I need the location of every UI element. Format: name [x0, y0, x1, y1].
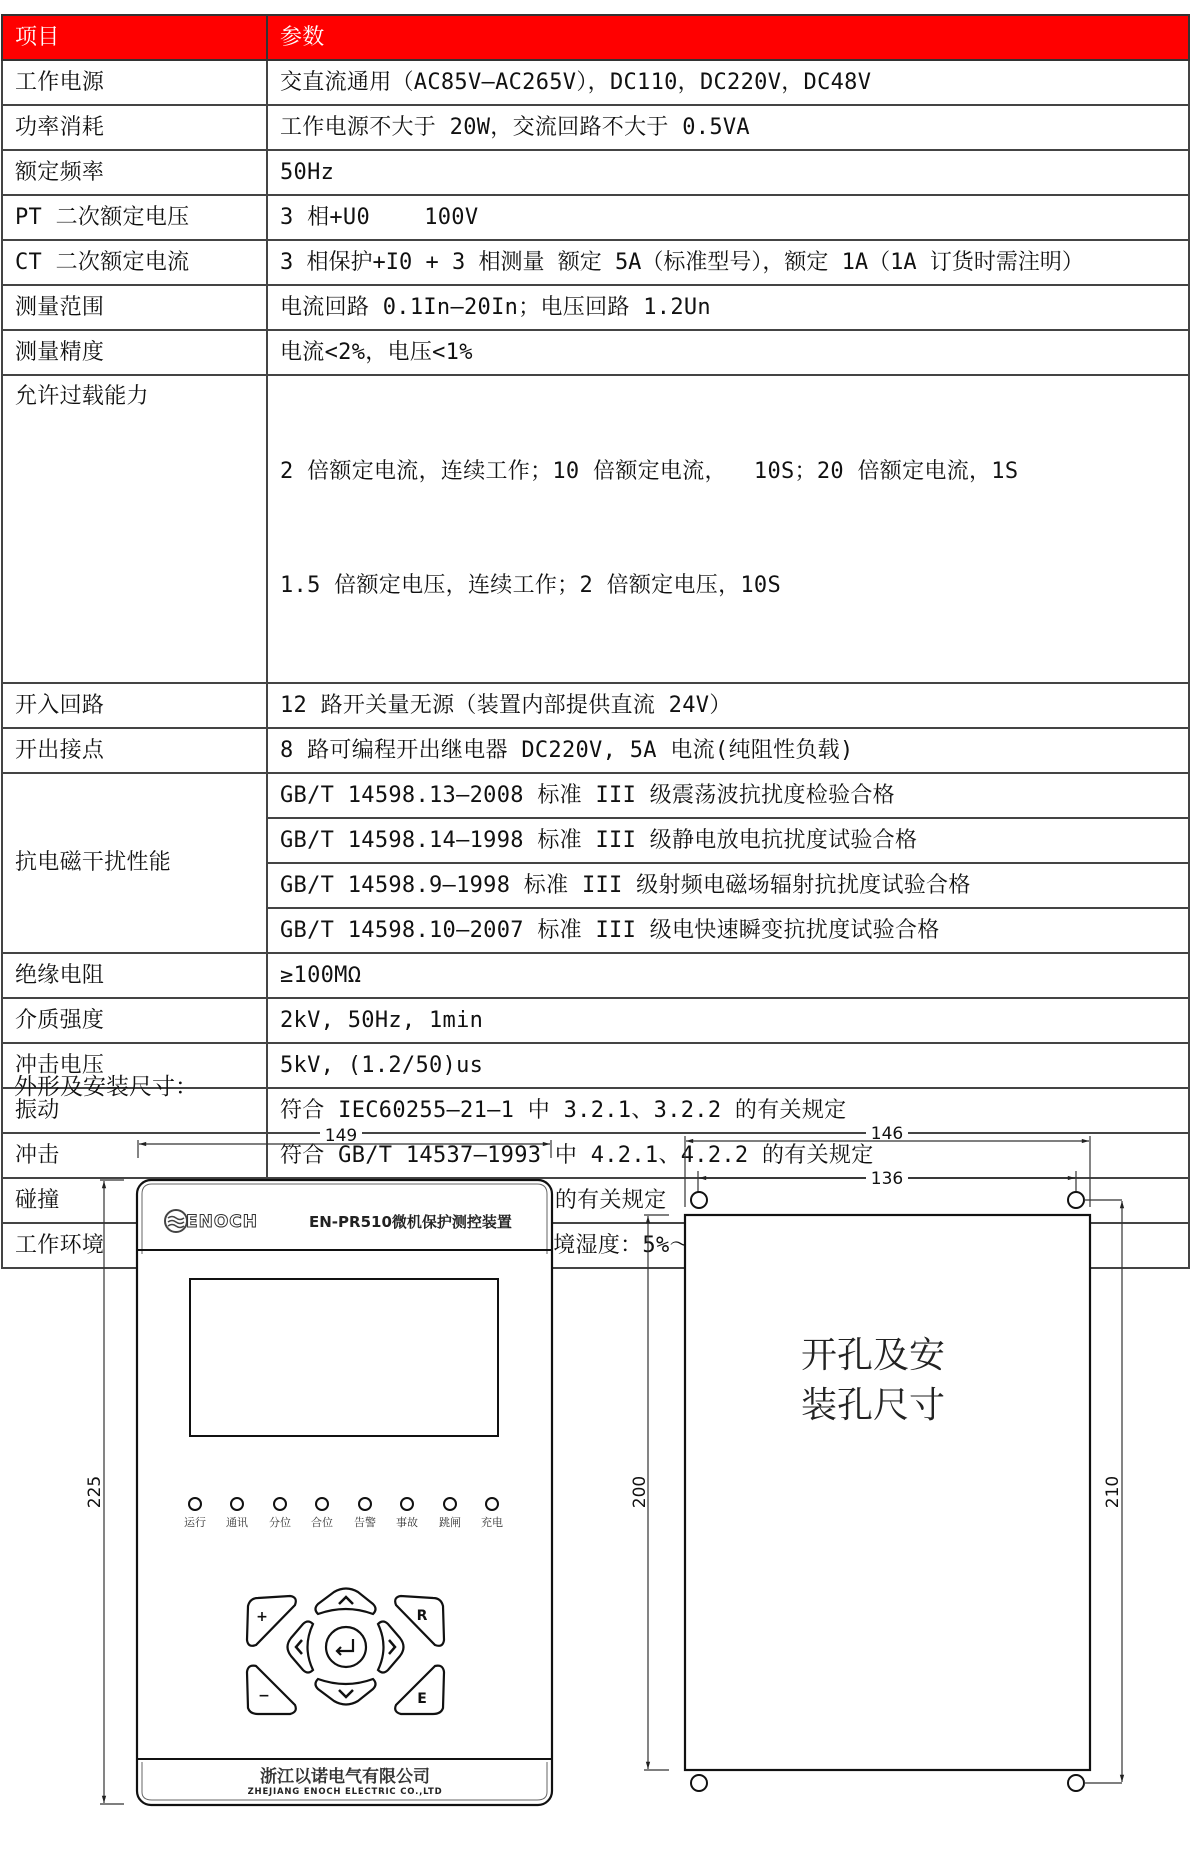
svg-text:告警: 告警 [354, 1515, 376, 1529]
hole-spacing-dimension: 136 [698, 1168, 1076, 1200]
reset-icon: R [417, 1608, 428, 1624]
mounting-hole [691, 1192, 707, 1208]
mounting-hole [1068, 1192, 1084, 1208]
svg-text:运行: 运行 [184, 1516, 206, 1529]
svg-text:事故: 事故 [396, 1515, 418, 1529]
hole-spacing-dim-label: 136 [871, 1169, 903, 1189]
plus-icon: + [256, 1609, 268, 1625]
width-dimension: 149 [138, 1125, 551, 1158]
enter-key[interactable] [326, 1627, 366, 1667]
mounting-hole [691, 1775, 707, 1791]
company-name-cn: 浙江以诺电气有限公司 [260, 1766, 430, 1787]
front-panel-drawing: 149 225 ENOCH EN-PR510微机保护测控装置 运行 通讯 分位 … [85, 1125, 552, 1805]
svg-text:分位: 分位 [269, 1515, 291, 1529]
height-dimension: 225 [85, 1180, 124, 1804]
outer-width-dim-label: 146 [871, 1124, 903, 1144]
svg-text:合位: 合位 [311, 1515, 333, 1529]
brand-logo-text: ENOCH [186, 1212, 258, 1232]
dimension-drawings: 149 225 ENOCH EN-PR510微机保护测控装置 运行 通讯 分位 … [0, 0, 1200, 1858]
cutout-label-line1: 开孔及安 [801, 1335, 945, 1376]
device-outline [137, 1180, 552, 1805]
cutout-height-dim-label: 200 [630, 1476, 650, 1508]
width-dim-label: 149 [325, 1126, 357, 1146]
cutout-rect [685, 1215, 1090, 1770]
cutout-drawing: 146 136 开孔及安 装孔尺寸 200 210 [630, 1122, 1123, 1791]
cutout-label-line2: 装孔尺寸 [801, 1385, 945, 1426]
esc-icon: E [417, 1691, 427, 1707]
minus-icon: − [258, 1688, 270, 1704]
hole-height-dim-label: 210 [1103, 1476, 1123, 1508]
cutout-height-dimension: 200 [630, 1215, 669, 1770]
outer-width-dimension: 146 [685, 1122, 1090, 1207]
svg-text:充电: 充电 [481, 1515, 503, 1529]
mounting-hole [1068, 1775, 1084, 1791]
lcd-screen [190, 1279, 498, 1436]
svg-text:通讯: 通讯 [226, 1516, 248, 1529]
height-dim-label: 225 [85, 1476, 105, 1508]
model-title: EN-PR510微机保护测控装置 [309, 1213, 512, 1231]
svg-text:跳闸: 跳闸 [439, 1515, 461, 1529]
hole-height-dimension: 210 [1103, 1201, 1123, 1782]
company-name-en: ZHEJIANG ENOCH ELECTRIC CO.,LTD [248, 1787, 443, 1797]
